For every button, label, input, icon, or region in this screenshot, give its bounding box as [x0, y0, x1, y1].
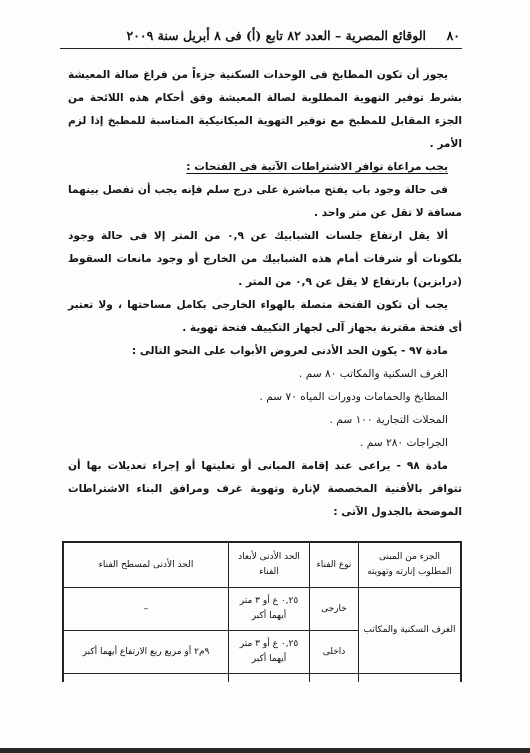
header-courtyard-type: نوع الفناء [310, 542, 359, 588]
cell-courtyard-type: داخلى [310, 631, 359, 674]
paragraph-door-stairs: فى حالة وجود باب يفتح مباشرة على درج سلم… [68, 179, 462, 225]
cell-min-dimensions: ٠,٢٥ ع أو ٣ متر أيهما أكبر [229, 588, 310, 631]
cell-empty [310, 674, 359, 683]
table-continuation-row [63, 674, 461, 683]
door-width-item: المطابخ والحمامات ودورات المياه ٧٠ سم . [68, 386, 462, 409]
header-building-part: الجزء من المبنى المطلوب إنارته وتهويته [359, 542, 462, 588]
article-97-label: مادة ٩٧ [409, 345, 448, 357]
cell-building-part: الغرف السكنية والمكاتب [359, 588, 462, 674]
openings-heading: يجب مراعاة توافر الاشتراطات الآتية فى ال… [186, 161, 448, 173]
page-header: ٨٠ الوقائع المصرية – العدد ٨٢ تابع (أ) ف… [60, 22, 462, 49]
door-width-item: الغرف السكنية والمكاتب ٨٠ سم . [68, 363, 462, 386]
article-97-text: - يكون الحد الأدنى لعروض الأبواب على الن… [132, 345, 409, 357]
cell-empty [359, 674, 462, 683]
header-min-dimensions: الحد الأدنى لأبعاد الفناء [229, 542, 310, 588]
paragraph-opening-air: يجب أن تكون الفتحة متصلة بالهواء الخارجى… [68, 294, 462, 340]
table-row: الغرف السكنية والمكاتب خارجى ٠,٢٥ ع أو ٣… [63, 588, 461, 631]
cell-min-dimensions: ٠,٢٥ ع أو ٣ متر أيهما أكبر [229, 631, 310, 674]
header-title: الوقائع المصرية – العدد ٨٢ تابع (أ) فى ٨… [60, 28, 426, 43]
paragraph-window-sills: ألا يقل ارتفاع جلسات الشبابيك عن ٠,٩ من … [68, 225, 462, 294]
cell-min-area: – [63, 588, 229, 631]
article-98: مادة ٩٨ - يراعى عند إقامة المبانى أو تعل… [68, 455, 462, 524]
article-97: مادة ٩٧ - يكون الحد الأدنى لعروض الأبواب… [68, 340, 462, 363]
paragraph-kitchens: يجوز أن تكون المطابخ فى الوحدات السكنية … [68, 64, 462, 156]
page-number: ٨٠ [426, 28, 462, 43]
courtyard-requirements-table: الجزء من المبنى المطلوب إنارته وتهويته ن… [62, 541, 462, 682]
door-width-item: المحلات التجارية ١٠٠ سم . [68, 409, 462, 432]
door-width-item: الجراجات ٢٨٠ سم . [68, 432, 462, 455]
article-98-label: مادة ٩٨ [407, 460, 448, 472]
body-text: يجوز أن تكون المطابخ فى الوحدات السكنية … [68, 64, 462, 524]
document-page: ٨٠ الوقائع المصرية – العدد ٨٢ تابع (أ) ف… [0, 0, 530, 753]
scan-bottom-edge [0, 748, 530, 753]
cell-empty [229, 674, 310, 683]
cell-empty [63, 674, 229, 683]
cell-min-area: ٩م٢ أو مربع ربع الارتفاع أيهما أكبر [63, 631, 229, 674]
cell-courtyard-type: خارجى [310, 588, 359, 631]
table-header-row: الجزء من المبنى المطلوب إنارته وتهويته ن… [63, 542, 461, 588]
article-98-text: - يراعى عند إقامة المبانى أو تعليتها أو … [68, 460, 462, 518]
header-min-area: الحد الأدنى لمسطح الفناء [63, 542, 229, 588]
